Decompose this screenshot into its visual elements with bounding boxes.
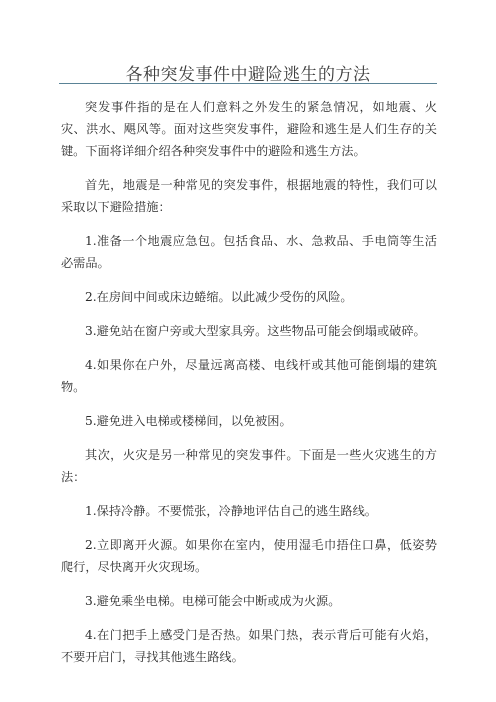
document-title: 各种突发事件中避险逃生的方法 (0, 60, 496, 85)
title-divider (59, 83, 437, 84)
fire-item-3: 3.避免乘坐电梯。电梯可能会中断或成为火源。 (61, 590, 437, 612)
fire-item-2: 2.立即离开火源。如果你在室内，使用湿毛巾捂住口鼻，低姿势爬行，尽快离开火灾现场… (61, 534, 437, 578)
fire-item-1: 1.保持冷静。不要慌张，冷静地评估自己的逃生路线。 (61, 500, 437, 522)
earthquake-item-3: 3.避免站在窗户旁或大型家具旁。这些物品可能会倒塌或破碎。 (61, 320, 437, 342)
earthquake-item-5: 5.避免进入电梯或楼梯间，以免被困。 (61, 410, 437, 432)
earthquake-item-1: 1.准备一个地震应急包。包括食品、水、急救品、手电筒等生活必需品。 (61, 230, 437, 274)
document-body: 突发事件指的是在人们意料之外发生的紧急情况，如地震、火灾、洪水、飓风等。面对这些… (61, 96, 437, 668)
earthquake-item-4: 4.如果你在户外，尽量远离高楼、电线杆或其他可能倒塌的建筑物。 (61, 354, 437, 398)
earthquake-item-2: 2.在房间中间或床边蜷缩。以此减少受伤的风险。 (61, 286, 437, 308)
intro-paragraph: 突发事件指的是在人们意料之外发生的紧急情况，如地震、火灾、洪水、飓风等。面对这些… (61, 96, 437, 162)
fire-item-4: 4.在门把手上感受门是否热。如果门热，表示背后可能有火焰，不要开启门，寻找其他逃… (61, 624, 437, 668)
earthquake-lead: 首先，地震是一种常见的突发事件，根据地震的特性，我们可以采取以下避险措施： (61, 174, 437, 218)
fire-lead: 其次，火灾是另一种常见的突发事件。下面是一些火灾逃生的方法： (61, 444, 437, 488)
